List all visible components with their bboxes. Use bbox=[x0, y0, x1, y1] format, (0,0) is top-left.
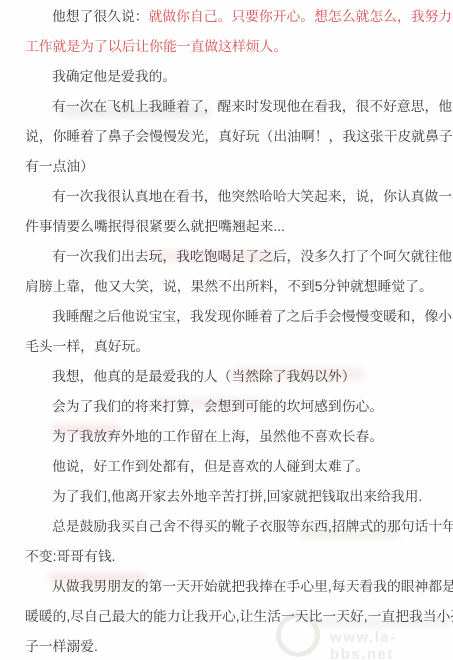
text-line: 毛头一样，真好玩。 bbox=[25, 332, 449, 362]
text-segment: 有一次我们出去玩，我吃饱喝足了之后，没多久打了个呵欠就往他 bbox=[52, 249, 452, 264]
text-segment: 为了我们,他离开家去外地辛苦打拼,回家就把钱取出来给我用. bbox=[52, 489, 422, 504]
text-line: 暖暖的,尽自己最大的能力让我开心,让生活一天比一天好,一直把我当小孩 bbox=[25, 602, 449, 632]
text-segment: 毛头一样，真好玩。 bbox=[25, 339, 149, 354]
text-segment: 他说，好工作到处都有，但是喜欢的人碰到太难了。 bbox=[52, 459, 369, 474]
text-line: 我确定他是爱我的。 bbox=[25, 62, 449, 92]
text-segment: 肩膀上靠，他又大笑，说，果然不出所料，不到5分钟就想睡觉了。 bbox=[25, 279, 433, 294]
text-segment: 总是鼓励我买自己舍不得买的靴子衣服等东西,招牌式的那句话十年 bbox=[52, 519, 453, 534]
text-line: 件事情要么嘴抿得很紧要么就把嘴翘起来... bbox=[25, 212, 449, 242]
text-segment: 子一样溺爱. bbox=[25, 639, 98, 654]
text-segment: 暖暖的,尽自己最大的能力让我开心,让生活一天比一天好,一直把我当小孩 bbox=[25, 609, 453, 624]
text-segment: 有一次在飞机上我睡着了，醒来时发现他在看我，很不好意思，他 bbox=[52, 99, 452, 114]
text-line: 有一次我们出去玩，我吃饱喝足了之后，没多久打了个呵欠就往他 bbox=[25, 242, 449, 272]
text-line: 他想了很久说：就做你自己。只要你开心。想怎么就怎么，我努力 bbox=[25, 2, 449, 32]
text-line: 从做我男朋友的第一天开始就把我捧在手心里,每天看我的眼神都是 bbox=[25, 572, 449, 602]
text-line: 他说，好工作到处都有，但是喜欢的人碰到太难了。 bbox=[25, 452, 449, 482]
text-line: 不变:哥哥有钱. bbox=[25, 542, 449, 572]
text-line: 为了我放弃外地的工作留在上海，虽然他不喜欢长春。 bbox=[25, 422, 449, 452]
text-segment: 说，你睡着了鼻子会慢慢发光，真好玩（出油啊！，我这张干皮就鼻子 bbox=[25, 129, 453, 144]
article-text: 他想了很久说：就做你自己。只要你开心。想怎么就怎么，我努力工作就是为了以后让你能… bbox=[0, 0, 453, 660]
text-segment: 有一次我很认真地在看书，他突然哈哈大笑起来，说，你认真做一 bbox=[52, 189, 452, 204]
text-segment: 我睡醒之后他说宝宝，我发现你睡着了之后手会慢慢变暖和，像小 bbox=[52, 309, 452, 324]
text-segment: 我确定他是爱我的。 bbox=[52, 69, 176, 84]
forum-post-screenshot: { "theme": { "background": "#fefefe", "t… bbox=[0, 0, 453, 660]
text-segment: 会为了我们的将来打算，会想到可能的坎坷感到伤心。 bbox=[52, 399, 383, 414]
text-line: 会为了我们的将来打算，会想到可能的坎坷感到伤心。 bbox=[25, 392, 449, 422]
text-segment: 件事情要么嘴抿得很紧要么就把嘴翘起来... bbox=[25, 219, 285, 234]
text-segment: 为了我放弃外地的工作留在上海，虽然他不喜欢长春。 bbox=[52, 429, 383, 444]
text-line: 有一次在飞机上我睡着了，醒来时发现他在看我，很不好意思，他 bbox=[25, 92, 449, 122]
text-line: 说，你睡着了鼻子会慢慢发光，真好玩（出油啊！，我这张干皮就鼻子 bbox=[25, 122, 449, 152]
text-segment: 不变:哥哥有钱. bbox=[25, 549, 115, 564]
text-line: 工作就是为了以后让你能一直做这样烦人。 bbox=[25, 32, 449, 62]
text-line: 我睡醒之后他说宝宝，我发现你睡着了之后手会慢慢变暖和，像小 bbox=[25, 302, 449, 332]
text-line: 有一点油） bbox=[25, 152, 449, 182]
text-line: 我想，他真的是最爱我的人（当然除了我妈以外） bbox=[25, 362, 449, 392]
text-segment: 我想，他真的是最爱我的人（当然除了我妈以外） bbox=[52, 369, 356, 384]
text-segment: 他想了很久说： bbox=[52, 9, 149, 24]
highlighted-text-segment: 就做你自己。只要你开心。想怎么就怎么，我努力 bbox=[149, 9, 453, 24]
text-segment: 有一点油） bbox=[25, 159, 94, 174]
highlighted-text-segment: 工作就是为了以后让你能一直做这样烦人。 bbox=[25, 39, 287, 54]
text-line: 有一次我很认真地在看书，他突然哈哈大笑起来，说，你认真做一 bbox=[25, 182, 449, 212]
text-line: 总是鼓励我买自己舍不得买的靴子衣服等东西,招牌式的那句话十年 bbox=[25, 512, 449, 542]
text-segment: 从做我男朋友的第一天开始就把我捧在手心里,每天看我的眼神都是 bbox=[52, 579, 453, 594]
text-line: 肩膀上靠，他又大笑，说，果然不出所料，不到5分钟就想睡觉了。 bbox=[25, 272, 449, 302]
text-line: 为了我们,他离开家去外地辛苦打拼,回家就把钱取出来给我用. bbox=[25, 482, 449, 512]
text-line: 子一样溺爱. bbox=[25, 632, 449, 660]
